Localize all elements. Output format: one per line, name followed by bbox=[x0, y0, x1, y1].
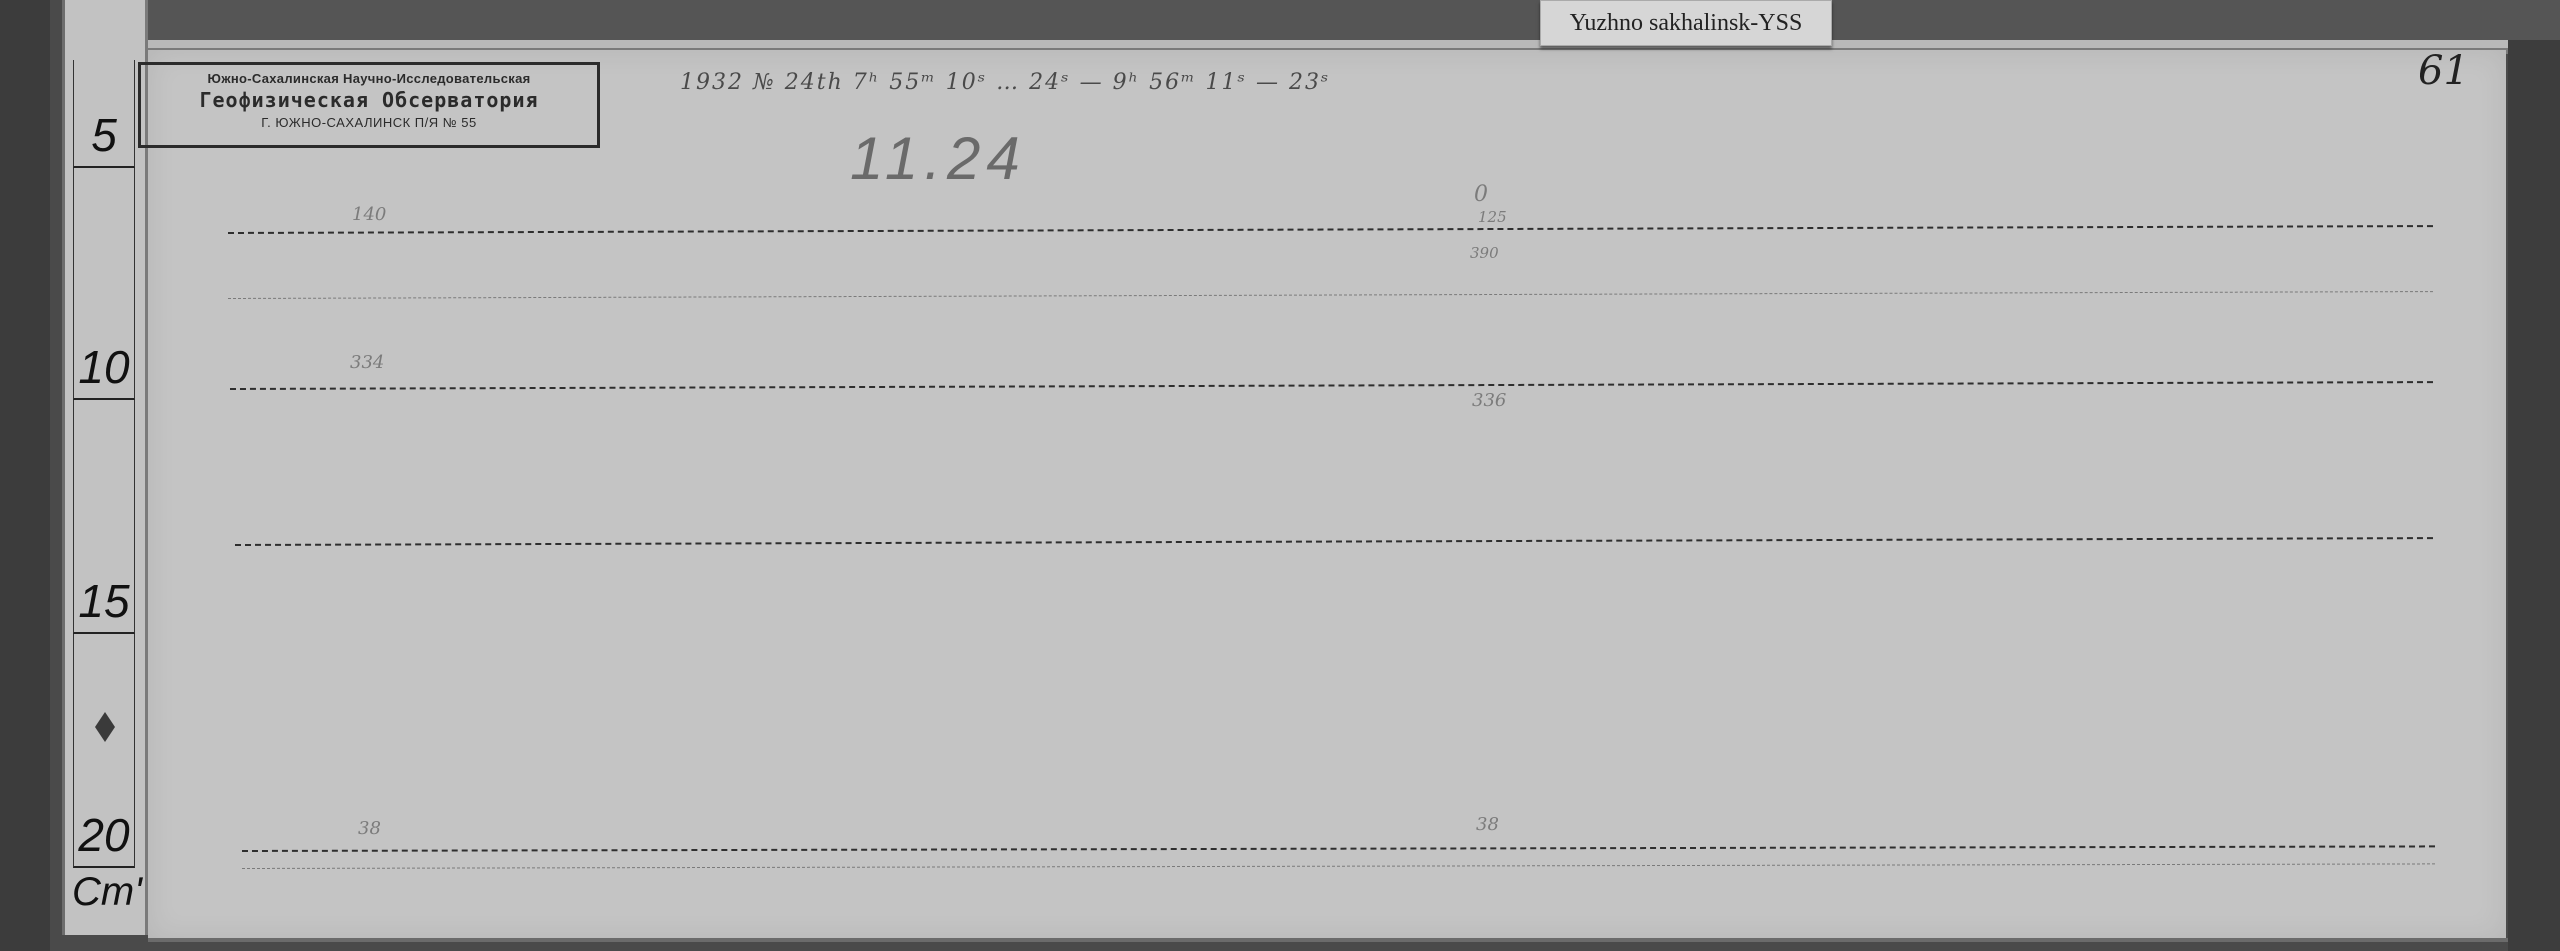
trace-label: 38 bbox=[1476, 814, 1499, 835]
trace-label: 0 bbox=[1474, 182, 1488, 207]
scale-ruler: 5 10 15 20 bbox=[62, 0, 148, 935]
trace-label: 38 bbox=[358, 818, 381, 839]
ruler-mark: 15 bbox=[74, 574, 134, 628]
ruler-cell-15: 15 bbox=[73, 400, 135, 634]
paper-bottom-edge bbox=[148, 938, 2508, 942]
ruler-mark: 5 bbox=[74, 108, 134, 162]
stamp-line-2: Геофизическая Обсерватория bbox=[141, 88, 597, 112]
ruler-cell-10: 10 bbox=[73, 168, 135, 400]
ruler-cell-5: 5 bbox=[73, 60, 135, 168]
seismogram-paper bbox=[148, 50, 2506, 940]
trace-label: 334 bbox=[350, 352, 384, 373]
observatory-stamp: Южно-Сахалинская Научно-Исследовательска… bbox=[138, 62, 600, 148]
stamp-line-1: Южно-Сахалинская Научно-Исследовательска… bbox=[141, 71, 597, 86]
trace-label: 140 bbox=[352, 204, 386, 225]
ruler-mark: 20 bbox=[74, 808, 134, 862]
background-right bbox=[2508, 40, 2560, 951]
trace-label: 125 bbox=[1478, 208, 1507, 226]
trace-label: 336 bbox=[1472, 390, 1506, 411]
ruler-cell-20: 20 bbox=[73, 634, 135, 868]
ruler-mark: 10 bbox=[74, 340, 134, 394]
stamp-line-3: Г. ЮЖНО-САХАЛИНСК П/Я № 55 bbox=[141, 115, 597, 130]
station-label: Yuzhno sakhalinsk-YSS bbox=[1540, 0, 1832, 46]
trace-label: 390 bbox=[1470, 244, 1499, 262]
record-number: 11.24 bbox=[850, 124, 1026, 193]
page-number: 61 bbox=[2418, 48, 2469, 94]
handwritten-header-note: 1932 № 24th 7ʰ 55ᵐ 10ˢ … 24ˢ — 9ʰ 56ᵐ 11… bbox=[680, 70, 1330, 95]
ruler-unit: Cm' bbox=[72, 870, 132, 930]
background-left bbox=[0, 0, 50, 951]
